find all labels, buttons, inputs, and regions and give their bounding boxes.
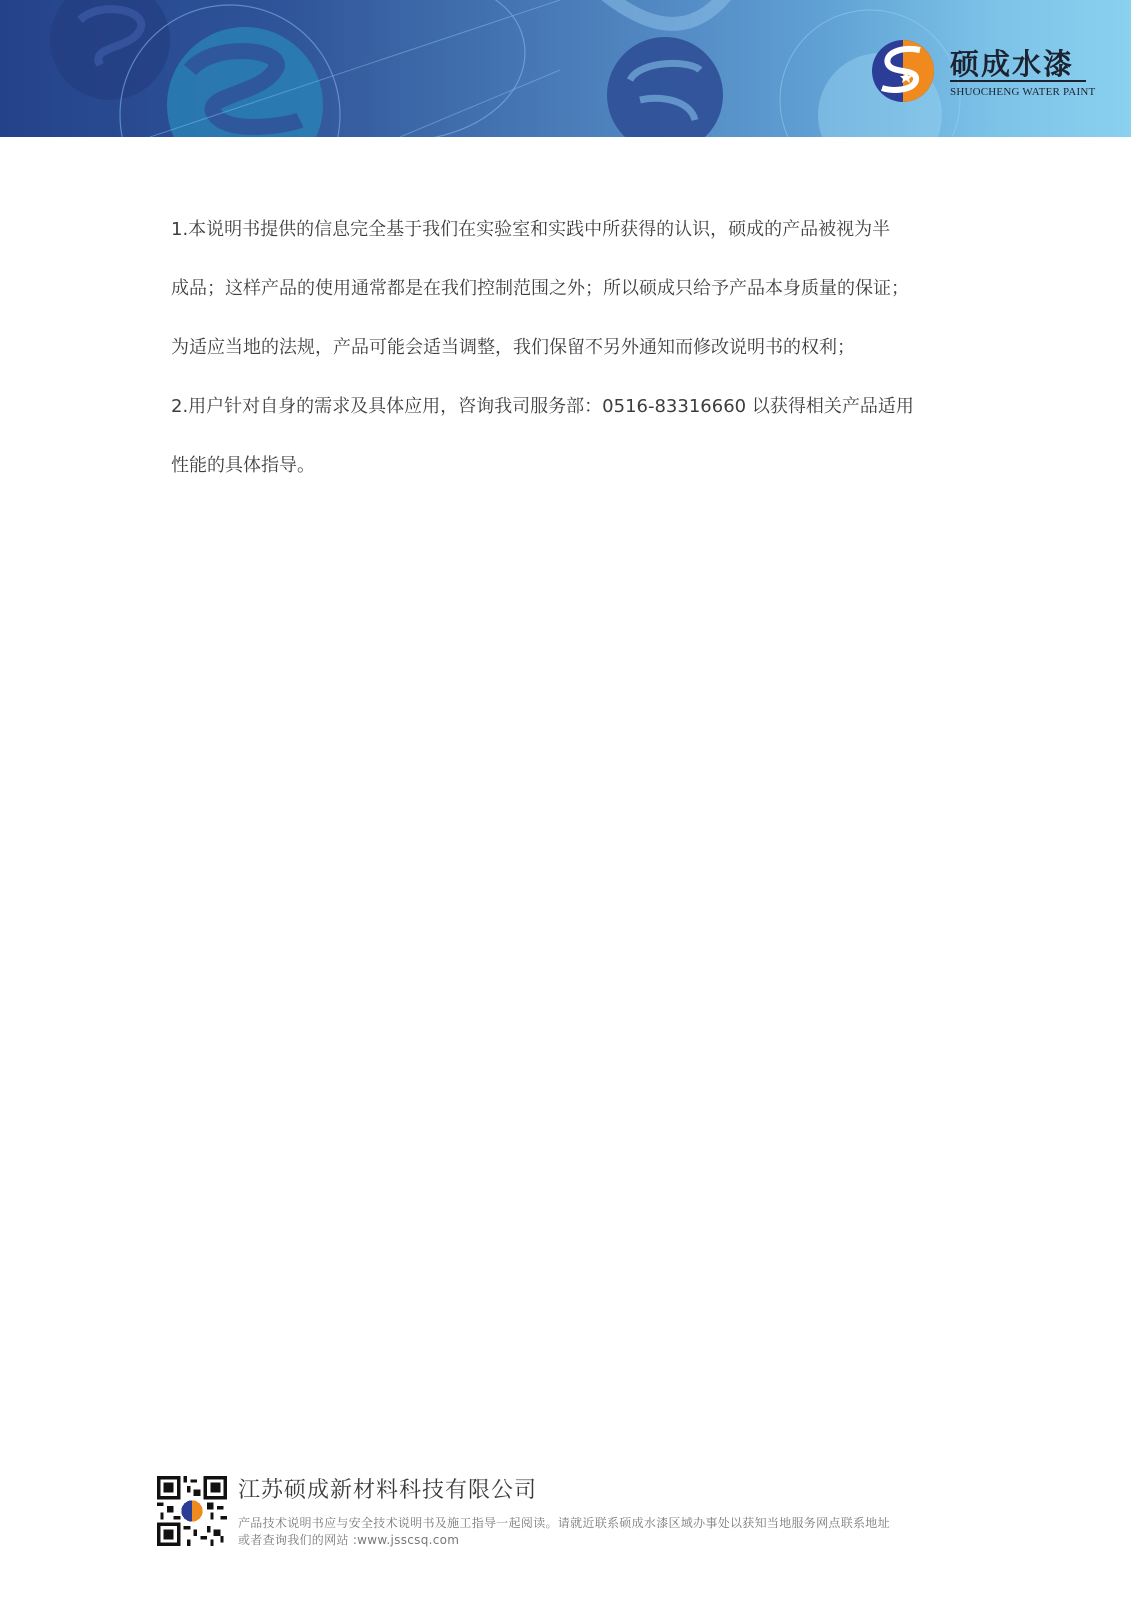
footer-note: 产品技术说明书应与安全技术说明书及施工指导一起阅读。请就近联系硕成水漆区域办事处…: [238, 1514, 890, 1531]
footer-website-note: 或者查询我们的网站 :www.jsscsq.com: [238, 1531, 459, 1548]
brand-logo: 硕成水漆 SHUOCHENG WATER PAINT: [870, 38, 1090, 108]
brand-divider: [950, 80, 1086, 82]
disclaimer-body: 1.本说明书提供的信息完全基于我们在实验室和实践中所获得的认识，硕成的产品被视为…: [171, 200, 961, 495]
body-line: 性能的具体指导。: [171, 436, 961, 495]
body-line: 1.本说明书提供的信息完全基于我们在实验室和实践中所获得的认识，硕成的产品被视为…: [171, 200, 961, 259]
body-line: 2.用户针对自身的需求及具体应用，咨询我司服务部：0516-83316660 以…: [171, 377, 961, 436]
brand-name-en: SHUOCHENG WATER PAINT: [950, 86, 1095, 98]
brand-name-cn: 硕成水漆: [950, 42, 1074, 83]
body-line: 成品；这样产品的使用通常都是在我们控制范围之外；所以硕成只给予产品本身质量的保证…: [171, 259, 961, 318]
body-line: 为适应当地的法规，产品可能会适当调整，我们保留不另外通知而修改说明书的权利；: [171, 318, 961, 377]
s-globe-logo-icon: [870, 38, 936, 104]
company-name: 江苏硕成新材料科技有限公司: [238, 1473, 537, 1504]
page-footer: 江苏硕成新材料科技有限公司 产品技术说明书应与安全技术说明书及施工指导一起阅读。…: [157, 1476, 977, 1548]
header-banner: 硕成水漆 SHUOCHENG WATER PAINT: [0, 0, 1131, 137]
qr-code-icon: [157, 1476, 227, 1546]
